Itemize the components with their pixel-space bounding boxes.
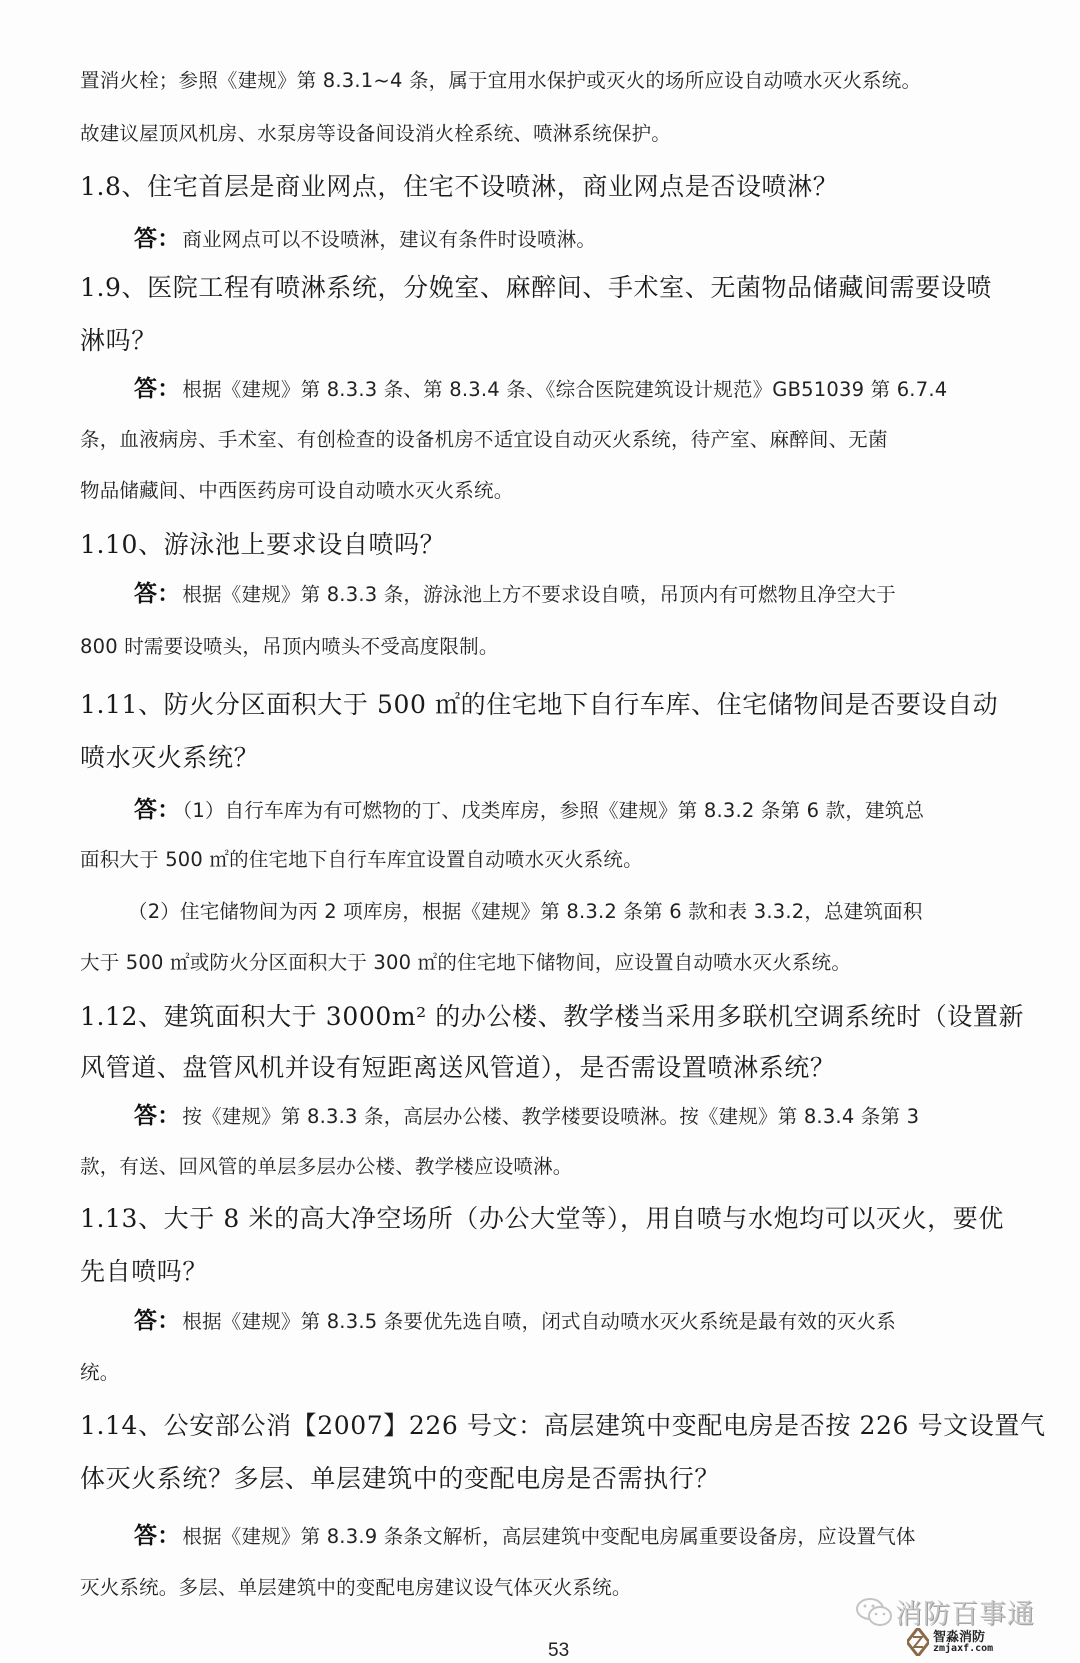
- answer-label: 答：: [134, 581, 180, 607]
- answer-label: 答：: [134, 797, 180, 823]
- answer-text: 根据《建规》第 8.3.9 条条文解析，高层建筑中变配电房属重要设备房，应设置气…: [182, 1525, 915, 1548]
- body-line: 置消火栓；参照《建规》第 8.3.1~4 条，属于宜用水保护或灭火的场所应设自动…: [80, 71, 921, 91]
- watermark-url: zmjaxf.com: [933, 1643, 993, 1654]
- answer-1-8: 答：商业网点可以不设喷淋，建议有条件时设喷淋。: [134, 228, 596, 251]
- question-1-14-cont: 体灭火系统？多层、单层建筑中的变配电房是否需执行？: [80, 1466, 720, 1491]
- body-line: 条，血液病房、手术室、有创检查的设备机房不适宜设自动灭火系统，待产室、麻醉间、无…: [80, 430, 888, 450]
- body-line: 面积大于 500 ㎡的住宅地下自行车库宜设置自动喷水灭火系统。: [80, 850, 643, 870]
- question-1-12: 1.12、建筑面积大于 3000m² 的办公楼、教学楼当采用多联机空调系统时（设…: [80, 1004, 1024, 1029]
- answer-1-14: 答：根据《建规》第 8.3.9 条条文解析，高层建筑中变配电房属重要设备房，应设…: [134, 1525, 916, 1548]
- question-1-12-cont: 风管道、盘管风机并设有短距离送风管道），是否需设置喷淋系统？: [80, 1055, 836, 1080]
- question-1-13: 1.13、大于 8 米的高大净空场所（办公大堂等），用自喷与水炮均可以灭火，要优: [80, 1206, 1004, 1231]
- question-1-11-cont: 喷水灭火系统？: [80, 745, 259, 770]
- question-1-9: 1.9、医院工程有喷淋系统，分娩室、麻醉间、手术室、无菌物品储藏间需要设喷: [80, 275, 992, 300]
- body-line: 故建议屋顶风机房、水泵房等设备间设消火栓系统、喷淋系统保护。: [80, 124, 671, 144]
- body-line: 800 时需要设喷头，吊顶内喷头不受高度限制。: [80, 637, 499, 657]
- answer-text: 根据《建规》第 8.3.5 条要优先选自喷，闭式自动喷水灭火系统是最有效的灭火系: [182, 1310, 896, 1333]
- answer-text: 根据《建规》第 8.3.3 条，游泳池上方不要求设自喷，吊顶内有可燃物且净空大于: [182, 583, 896, 606]
- answer-text: 根据《建规》第 8.3.3 条、第 8.3.4 条、《综合医院建筑设计规范》GB…: [182, 378, 947, 401]
- brand-logo-icon: [907, 1628, 929, 1660]
- answer-1-12: 答：按《建规》第 8.3.3 条，高层办公楼、教学楼要设喷淋。按《建规》第 8.…: [134, 1105, 919, 1128]
- body-line: 款，有送、回风管的单层多层办公楼、教学楼应设喷淋。: [80, 1157, 573, 1177]
- answer-label: 答：: [134, 1523, 180, 1549]
- answer-1-10: 答：根据《建规》第 8.3.3 条，游泳池上方不要求设自喷，吊顶内有可燃物且净空…: [134, 583, 896, 606]
- page-number: 53: [548, 1640, 569, 1662]
- answer-1-11: 答：（1）自行车库为有可燃物的丁、戊类库房，参照《建规》第 8.3.2 条第 6…: [134, 799, 924, 822]
- answer-label: 答：: [134, 226, 180, 252]
- answer-text: （1）自行车库为有可燃物的丁、戊类库房，参照《建规》第 8.3.2 条第 6 款…: [182, 799, 924, 822]
- answer-subpoint-2: （2）住宅储物间为丙 2 项库房，根据《建规》第 8.3.2 条第 6 款和表 …: [128, 902, 923, 922]
- answer-label: 答：: [134, 1103, 180, 1129]
- question-1-13-cont: 先自喷吗？: [80, 1259, 208, 1284]
- answer-1-9: 答：根据《建规》第 8.3.3 条、第 8.3.4 条、《综合医院建筑设计规范》…: [134, 378, 947, 401]
- body-line: 物品储藏间、中西医药房可设自动喷水灭火系统。: [80, 481, 513, 501]
- document-page: 置消火栓；参照《建规》第 8.3.1~4 条，属于宜用水保护或灭火的场所应设自动…: [0, 0, 1080, 1663]
- question-1-11: 1.11、防火分区面积大于 500 ㎡的住宅地下自行车库、住宅储物间是否要设自动: [80, 692, 998, 717]
- body-line: 统。: [80, 1363, 119, 1383]
- wechat-icon: [855, 1596, 895, 1634]
- answer-1-13: 答：根据《建规》第 8.3.5 条要优先选自喷，闭式自动喷水灭火系统是最有效的灭…: [134, 1310, 896, 1333]
- question-1-9-cont: 淋吗？: [80, 328, 157, 353]
- answer-text: 商业网点可以不设喷淋，建议有条件时设喷淋。: [182, 228, 596, 251]
- watermark: 消防百事通 智淼消防 zmjaxf.com: [855, 1592, 1055, 1662]
- body-line: 大于 500 ㎡或防火分区面积大于 300 ㎡的住宅地下储物间，应设置自动喷水灭…: [80, 953, 851, 973]
- question-1-14: 1.14、公安部公消【2007】226 号文：高层建筑中变配电房是否按 226 …: [80, 1413, 1046, 1438]
- question-1-10: 1.10、游泳池上要求设自喷吗？: [80, 532, 445, 557]
- body-line: 灭火系统。多层、单层建筑中的变配电房建议设气体灭火系统。: [80, 1578, 632, 1598]
- answer-label: 答：: [134, 1308, 180, 1334]
- question-1-8: 1.8、住宅首层是商业网点，住宅不设喷淋，商业网点是否设喷淋？: [80, 174, 838, 199]
- answer-label: 答：: [134, 376, 180, 402]
- answer-text: 按《建规》第 8.3.3 条，高层办公楼、教学楼要设喷淋。按《建规》第 8.3.…: [182, 1105, 919, 1128]
